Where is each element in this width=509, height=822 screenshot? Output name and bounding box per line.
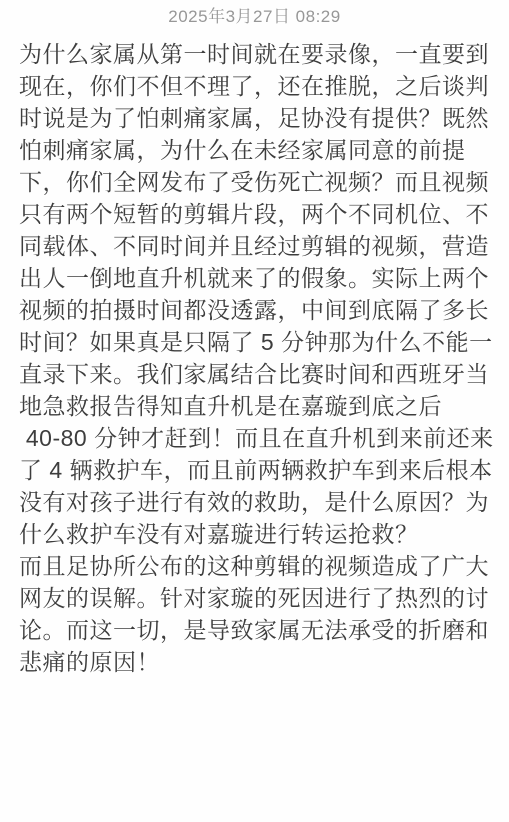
post-body-text: 为什么家属从第一时间就在要录像，一直要到 现在，你们不但不理了，还在推脱，之后谈…	[0, 38, 509, 678]
timestamp: 2025年3月27日 08:29	[0, 0, 509, 27]
text-post-screenshot: 2025年3月27日 08:29 为什么家属从第一时间就在要录像，一直要到 现在…	[0, 0, 509, 822]
